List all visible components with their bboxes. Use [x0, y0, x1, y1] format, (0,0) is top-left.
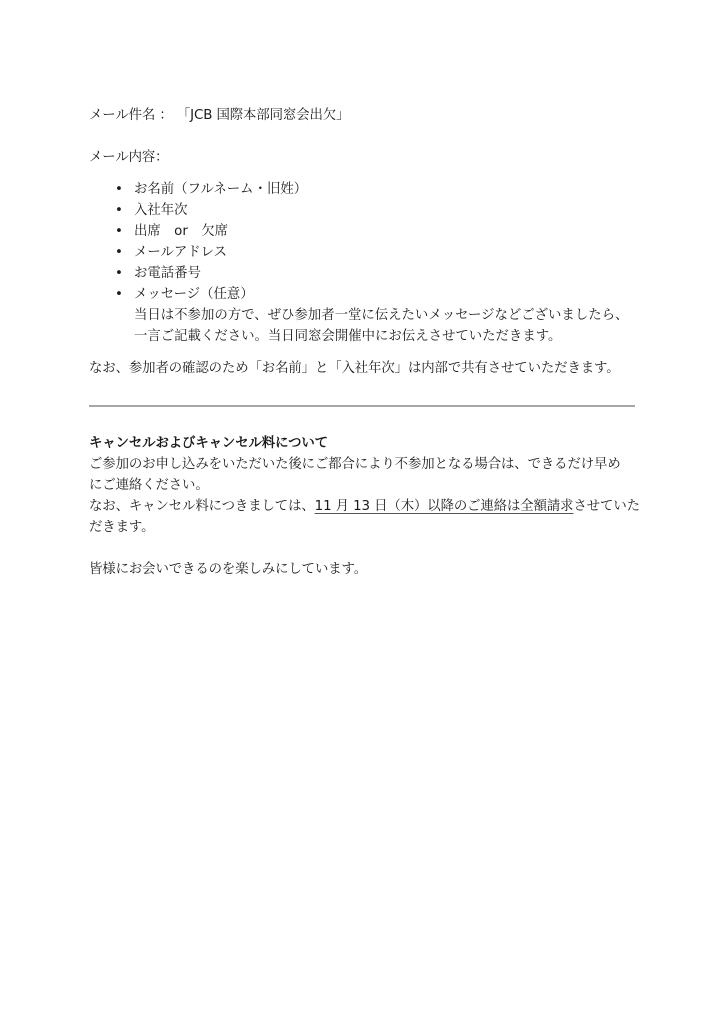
cancellation-para2-line1: なお、キャンセル料につきましては、11 月 13 日（木）以降のご連絡は全額請求…	[89, 496, 637, 517]
list-item-phone: • お電話番号	[89, 263, 637, 284]
spacer	[89, 538, 637, 559]
cancellation-para1-line1: ご参加のお申し込みをいただいた後にご都合により不参加となる場合は、できるだけ早め	[89, 454, 637, 475]
mail-subject-label: メール件名	[89, 108, 155, 123]
list-item-text: お電話番号	[134, 266, 201, 281]
list-item-email: • メールアドレス	[89, 242, 637, 263]
cancellation-heading: キャンセルおよびキャンセル料について	[89, 433, 637, 454]
spacer	[89, 407, 637, 433]
message-note-line-1: 当日は不参加の方で、ぜひ参加者一堂に伝えたいメッセージなどございましたら、	[89, 305, 637, 326]
bullet-icon: •	[114, 221, 124, 242]
cancellation-para2-prefix: なお、キャンセル料につきましては、	[89, 499, 315, 514]
bullet-icon: •	[114, 263, 124, 284]
list-item-message: • メッセージ（任意）	[89, 284, 637, 305]
bullet-icon: •	[114, 242, 124, 263]
spacer	[89, 347, 637, 358]
list-item-text: お名前（フルネーム・旧姓）	[134, 182, 307, 197]
list-item-name: • お名前（フルネーム・旧姓）	[89, 179, 637, 200]
list-item-text: メッセージ（任意）	[134, 287, 254, 302]
spacer	[89, 379, 637, 405]
mail-content-list: • お名前（フルネーム・旧姓） • 入社年次 • 出席 or 欠席 • メールア…	[89, 179, 637, 305]
cancellation-para2-line2: だきます。	[89, 517, 637, 538]
mail-subject-separator: ：	[159, 108, 172, 123]
list-item-text: 入社年次	[134, 203, 188, 218]
document-page: メール件名 ： 「JCB 国際本部同窓会出欠」 メール内容： • お名前（フルネ…	[89, 105, 637, 580]
privacy-note: なお、参加者の確認のため「お名前」と「入社年次」は内部で共有させていただきます。	[89, 358, 637, 379]
list-item-text: 出席 or 欠席	[134, 224, 228, 239]
cancellation-para2-suffix: させていた	[573, 499, 639, 514]
list-item-join-year: • 入社年次	[89, 200, 637, 221]
spacer	[89, 126, 637, 147]
message-note-line-2: 一言ご記載ください。当日同窓会開催中にお伝えさせていただきます。	[89, 326, 637, 347]
list-item-text: メールアドレス	[134, 245, 227, 260]
spacer	[89, 168, 637, 179]
mail-subject-line: メール件名 ： 「JCB 国際本部同窓会出欠」	[89, 105, 637, 126]
bullet-icon: •	[114, 200, 124, 221]
closing-message: 皆様にお会いできるのを楽しみにしています。	[89, 559, 637, 580]
cancellation-fee-deadline: 11 月 13 日（木）以降のご連絡は全額請求	[315, 499, 574, 514]
cancellation-para1-line2: にご連絡ください。	[89, 475, 637, 496]
mail-content-label: メール内容：	[89, 147, 637, 168]
list-item-attendance: • 出席 or 欠席	[89, 221, 637, 242]
mail-subject-value: 「JCB 国際本部同窓会出欠」	[177, 108, 350, 123]
bullet-icon: •	[114, 284, 124, 305]
bullet-icon: •	[114, 179, 124, 200]
